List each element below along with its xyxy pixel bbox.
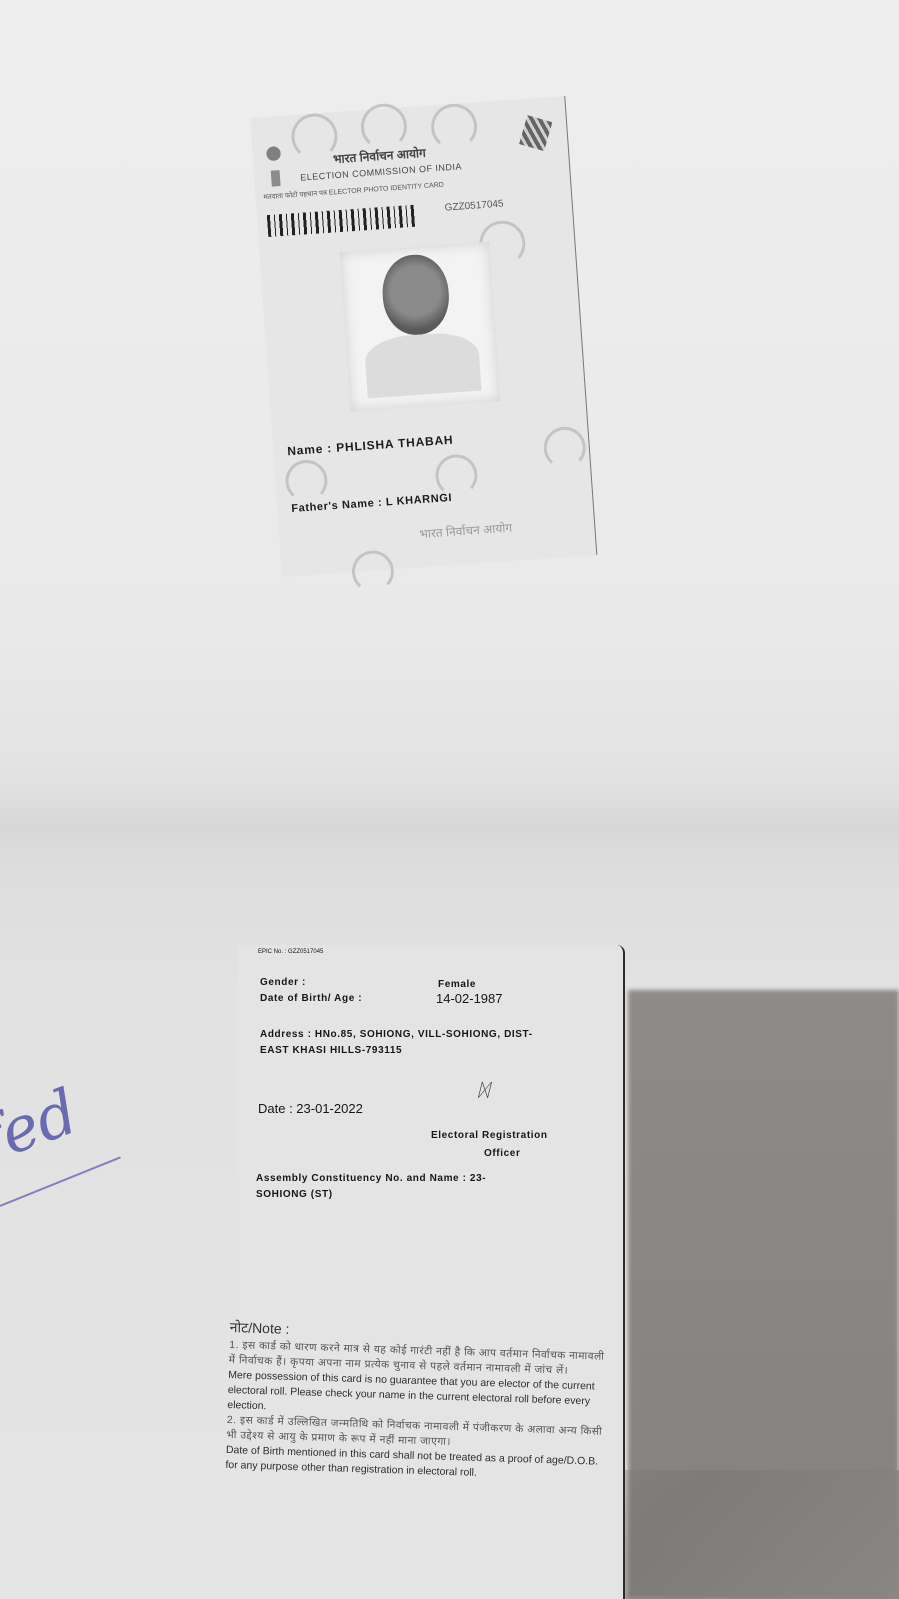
name-label: Name :: [287, 441, 333, 458]
holder-photo: [340, 242, 501, 412]
note-section: नोट/Note : 1. इस कार्ड को धारण करने मात्…: [225, 1320, 608, 1485]
voter-id-card-back: EPIC No. : GZZ0517045 Gender : Female Da…: [238, 945, 625, 1599]
photo-head: [380, 253, 451, 337]
officer-signature: ᛞ: [478, 1080, 489, 1101]
dob-value: 14-02-1987: [436, 991, 503, 1006]
address-line-1: Address : HNo.85, SOHIONG, VILL-SOHIONG,…: [260, 1029, 533, 1040]
watermark-swirl: [542, 425, 587, 470]
national-emblem-icon: [262, 146, 287, 187]
card-title: ELECTION COMMISSION OF INDIA: [300, 161, 462, 182]
watermark-swirl: [284, 459, 329, 504]
eci-logo-icon: [519, 115, 552, 151]
gender-value: Female: [438, 979, 476, 990]
issue-date: Date : 23-01-2022: [258, 1101, 363, 1116]
photo-body: [364, 331, 482, 399]
barcode: [267, 205, 418, 237]
address-line-2: EAST KHASI HILLS-793115: [260, 1045, 402, 1056]
watermark-swirl: [290, 112, 339, 161]
watermark-swirl: [430, 102, 479, 151]
card-subtitle: मतदाता फोटो पहचान पत्र ELECTOR PHOTO IDE…: [263, 181, 444, 203]
name-value: PHLISHA THABAH: [336, 433, 454, 455]
handwritten-annotation: fed: [0, 1061, 151, 1250]
constituency-line-2: SOHIONG (ST): [256, 1189, 333, 1200]
officer-title-2: Officer: [484, 1148, 520, 1159]
voter-id-card-front: भारत निर्वाचन आयोग ELECTION COMMISSION O…: [250, 96, 597, 577]
gender-label: Gender :: [260, 977, 306, 988]
watermark-swirl: [351, 549, 396, 594]
dob-label: Date of Birth/ Age :: [260, 993, 362, 1004]
constituency-line-1: Assembly Constituency No. and Name : 23-: [256, 1173, 486, 1184]
epic-line: EPIC No. : GZZ0517045: [258, 949, 323, 955]
watermark-swirl: [434, 453, 479, 498]
hindi-footer: भारत निर्वाचन आयोग: [419, 519, 513, 542]
holder-name: Name : PHLISHA THABAH: [287, 433, 454, 459]
watermark-swirl: [359, 102, 408, 151]
paper-fold: [0, 780, 899, 870]
father-value: L KHARNGI: [385, 492, 452, 509]
officer-title-1: Electoral Registration: [431, 1130, 548, 1141]
epic-number: GZZ0517045: [444, 199, 504, 214]
